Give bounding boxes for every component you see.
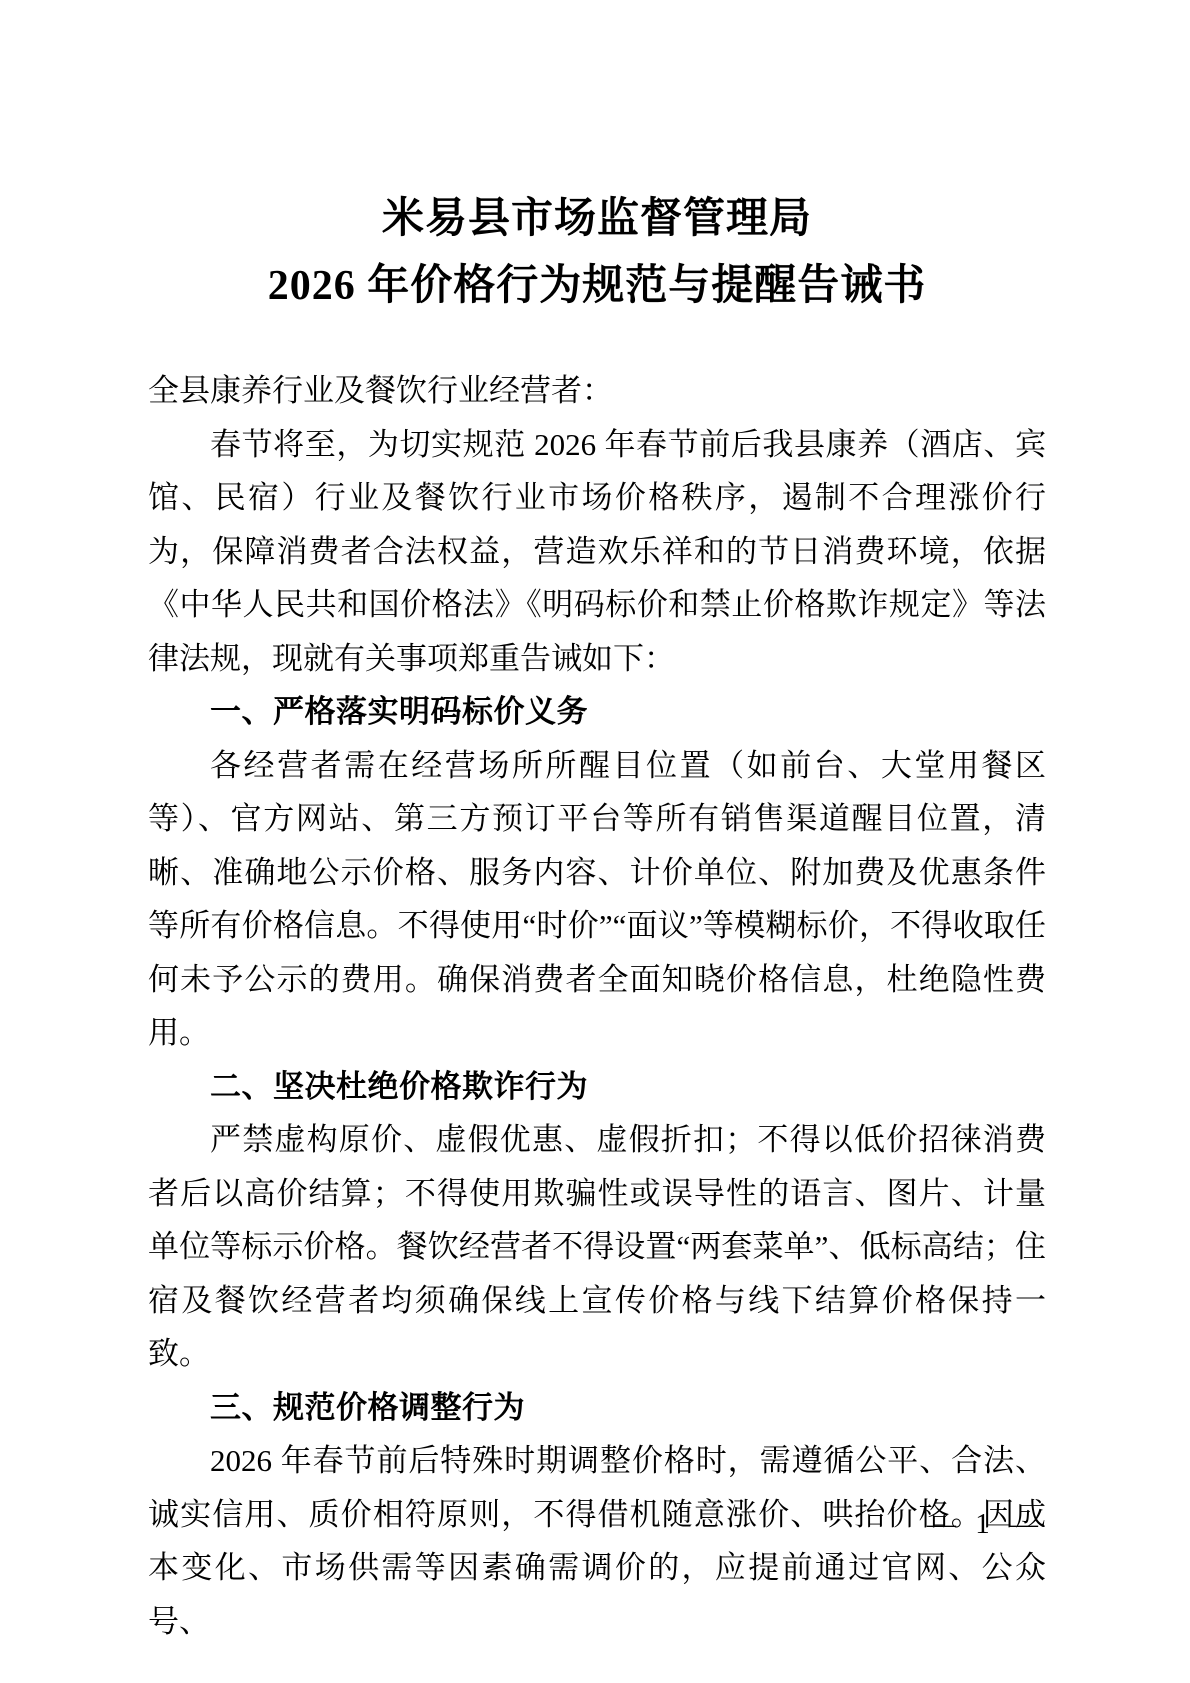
document-page: 米易县市场监督管理局 2026 年价格行为规范与提醒告诫书 全县康养行业及餐饮行…	[0, 0, 1190, 1683]
document-title: 米易县市场监督管理局 2026 年价格行为规范与提醒告诫书	[148, 186, 1046, 320]
page-number: — 1 —	[927, 1508, 1044, 1541]
document-title-line2: 2026 年价格行为规范与提醒告诫书	[148, 253, 1046, 320]
document-content: 米易县市场监督管理局 2026 年价格行为规范与提醒告诫书 全县康养行业及餐饮行…	[148, 186, 1046, 1648]
paragraph-section-2: 严禁虚构原价、虚假优惠、虚假折扣；不得以低价招徕消费者后以高价结算；不得使用欺骗…	[148, 1113, 1046, 1381]
paragraph-intro: 春节将至，为切实规范 2026 年春节前后我县康养（酒店、宾馆、民宿）行业及餐饮…	[148, 418, 1046, 686]
document-body: 全县康养行业及餐饮行业经营者： 春节将至，为切实规范 2026 年春节前后我县康…	[148, 364, 1046, 1648]
section-heading-2: 二、坚决杜绝价格欺诈行为	[148, 1060, 1046, 1114]
paragraph-section-3: 2026 年春节前后特殊时期调整价格时，需遵循公平、合法、诚实信用、质价相符原则…	[148, 1434, 1046, 1648]
salutation: 全县康养行业及餐饮行业经营者：	[148, 364, 1046, 418]
section-heading-3: 三、规范价格调整行为	[148, 1381, 1046, 1435]
section-heading-1: 一、严格落实明码标价义务	[148, 685, 1046, 739]
paragraph-section-1: 各经营者需在经营场所所醒目位置（如前台、大堂用餐区等）、官方网站、第三方预订平台…	[148, 739, 1046, 1060]
document-title-line1: 米易县市场监督管理局	[148, 186, 1046, 253]
